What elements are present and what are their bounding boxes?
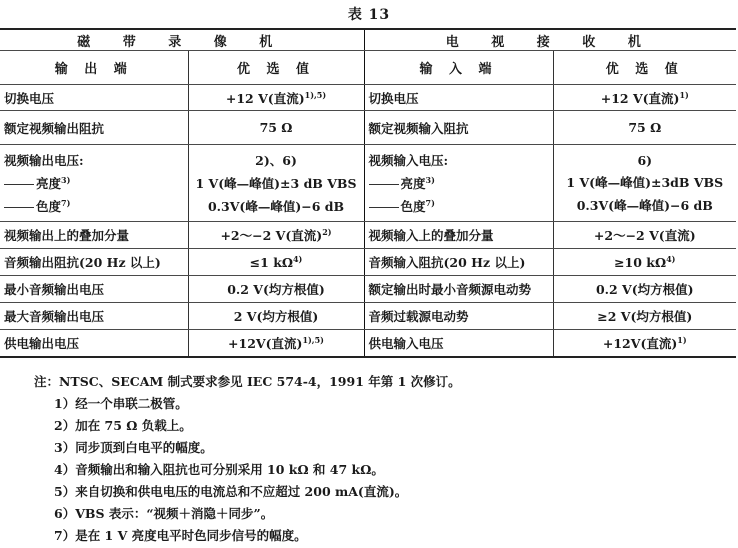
row-label: 供电输入电压 <box>364 330 553 357</box>
table-row: 供电输出电压 +12V(直流)1),5) 供电输入电压 +12V(直流)1) <box>0 330 736 357</box>
notes-intro: 注：NTSC、SECAM 制式要求参见 IEC 574-4，1991 年第 1 … <box>34 371 461 393</box>
row-label: 额定输出时最小音频源电动势 <box>364 276 553 303</box>
row-value: 0.2 V(均方根值) <box>553 276 736 303</box>
row-value: +12 V(直流)1) <box>553 85 736 111</box>
table-row: 额定视频输出阻抗 75 Ω 额定视频输入阻抗 75 Ω <box>0 111 736 145</box>
row-label: 供电输出电压 <box>0 330 188 357</box>
row-label: 最大音频输出电压 <box>0 303 188 330</box>
row-label: 最小音频输出电压 <box>0 276 188 303</box>
band-header-row: 磁 带 录 像 机 电 视 接 收 机 <box>0 29 736 51</box>
row-label: 额定视频输入阻抗 <box>364 111 553 145</box>
sub-label-luma: 亮度3) <box>4 174 184 192</box>
row-value-notes: 6) <box>637 153 652 168</box>
tv-value-header: 优 选 值 <box>553 51 736 85</box>
video-voltage-values: 2)、6) 1 V(峰—峰值)±3 dB VBS 0.3V(峰—峰值)−6 dB <box>188 145 364 222</box>
vcr-band-header: 磁 带 录 像 机 <box>0 29 364 51</box>
row-value: 75 Ω <box>553 111 736 145</box>
row-label: 音频输出阻抗(20 Hz 以上) <box>0 249 188 276</box>
note-item: 5）来自切换和供电电压的电流总和不应超过 200 mA(直流)。 <box>54 481 461 503</box>
sub-value-luma: 1 V(峰—峰值)±3 dB VBS <box>195 174 356 192</box>
row-value: +12V(直流)1),5) <box>188 330 364 357</box>
row-value: 75 Ω <box>188 111 364 145</box>
vcr-value-header: 优 选 值 <box>188 51 364 85</box>
sub-label-chroma: 色度7) <box>4 197 184 215</box>
table-row: 音频输出阻抗(20 Hz 以上) ≤1 kΩ4) 音频输入阻抗(20 Hz 以上… <box>0 249 736 276</box>
table-row-video-voltage: 视频输出电压: 亮度3) 色度7) 2)、6) 1 V(峰—峰值)±3 dB V… <box>0 145 736 222</box>
table-row: 最大音频输出电压 2 V(均方根值) 音频过载源电动势 ≥2 V(均方根值) <box>0 303 736 330</box>
row-label: 视频输入电压: <box>369 151 549 169</box>
row-value: ≤1 kΩ4) <box>188 249 364 276</box>
row-label: 视频输出电压: <box>4 151 184 169</box>
tv-port-header: 输 入 端 <box>364 51 553 85</box>
row-label: 音频过载源电动势 <box>364 303 553 330</box>
note-item: 6）VBS 表示：“视频＋消隐＋同步”。 <box>54 503 461 525</box>
sub-value-luma: 1 V(峰—峰值)±3dB VBS <box>566 173 723 191</box>
sub-label-luma: 亮度3) <box>369 174 549 192</box>
interface-spec-table: 磁 带 录 像 机 电 视 接 收 机 输 出 端 优 选 值 输 入 端 优 … <box>0 28 736 358</box>
row-label: 视频输入上的叠加分量 <box>364 222 553 249</box>
sub-value-chroma: 0.3V(峰—峰值)−6 dB <box>577 196 713 214</box>
tv-band-header: 电 视 接 收 机 <box>364 29 736 51</box>
row-label: 音频输入阻抗(20 Hz 以上) <box>364 249 553 276</box>
table-row: 最小音频输出电压 0.2 V(均方根值) 额定输出时最小音频源电动势 0.2 V… <box>0 276 736 303</box>
dash-icon <box>4 184 34 185</box>
column-header-row: 输 出 端 优 选 值 输 入 端 优 选 值 <box>0 51 736 85</box>
row-value: +2～−2 V(直流) <box>553 222 736 249</box>
note-item: 4）音频输出和输入阻抗也可分别采用 10 kΩ 和 47 kΩ。 <box>54 459 461 481</box>
table-row: 切换电压 +12 V(直流)1),5) 切换电压 +12 V(直流)1) <box>0 85 736 111</box>
row-value: 2 V(均方根值) <box>188 303 364 330</box>
dash-icon <box>4 207 34 208</box>
video-voltage-labels: 视频输出电压: 亮度3) 色度7) <box>0 145 188 222</box>
sub-value-chroma: 0.3V(峰—峰值)−6 dB <box>208 197 344 215</box>
table-row: 视频输出上的叠加分量 +2～−2 V(直流)2) 视频输入上的叠加分量 +2～−… <box>0 222 736 249</box>
row-value: ≥10 kΩ4) <box>553 249 736 276</box>
row-value: 0.2 V(均方根值) <box>188 276 364 303</box>
note-item: 3）同步顶到白电平的幅度。 <box>54 437 461 459</box>
row-value: ≥2 V(均方根值) <box>553 303 736 330</box>
video-voltage-values: 6) 1 V(峰—峰值)±3dB VBS 0.3V(峰—峰值)−6 dB <box>553 145 736 222</box>
dash-icon <box>369 184 399 185</box>
table-title: 表 13 <box>0 4 738 24</box>
row-label: 额定视频输出阻抗 <box>0 111 188 145</box>
row-value: +12 V(直流)1),5) <box>188 85 364 111</box>
note-item: 2）加在 75 Ω 负载上。 <box>54 415 461 437</box>
row-label: 切换电压 <box>0 85 188 111</box>
row-value: +2～−2 V(直流)2) <box>188 222 364 249</box>
row-label: 切换电压 <box>364 85 553 111</box>
table-notes: 注：NTSC、SECAM 制式要求参见 IEC 574-4，1991 年第 1 … <box>34 371 461 547</box>
row-value: +12V(直流)1) <box>553 330 736 357</box>
note-item: 7）是在 1 V 亮度电平时色同步信号的幅度。 <box>54 525 461 547</box>
dash-icon <box>369 207 399 208</box>
row-value-notes: 2)、6) <box>255 151 297 169</box>
row-label: 视频输出上的叠加分量 <box>0 222 188 249</box>
video-voltage-labels: 视频输入电压: 亮度3) 色度7) <box>364 145 553 222</box>
sub-label-chroma: 色度7) <box>369 197 549 215</box>
vcr-port-header: 输 出 端 <box>0 51 188 85</box>
note-item: 1）经一个串联二极管。 <box>54 393 461 415</box>
